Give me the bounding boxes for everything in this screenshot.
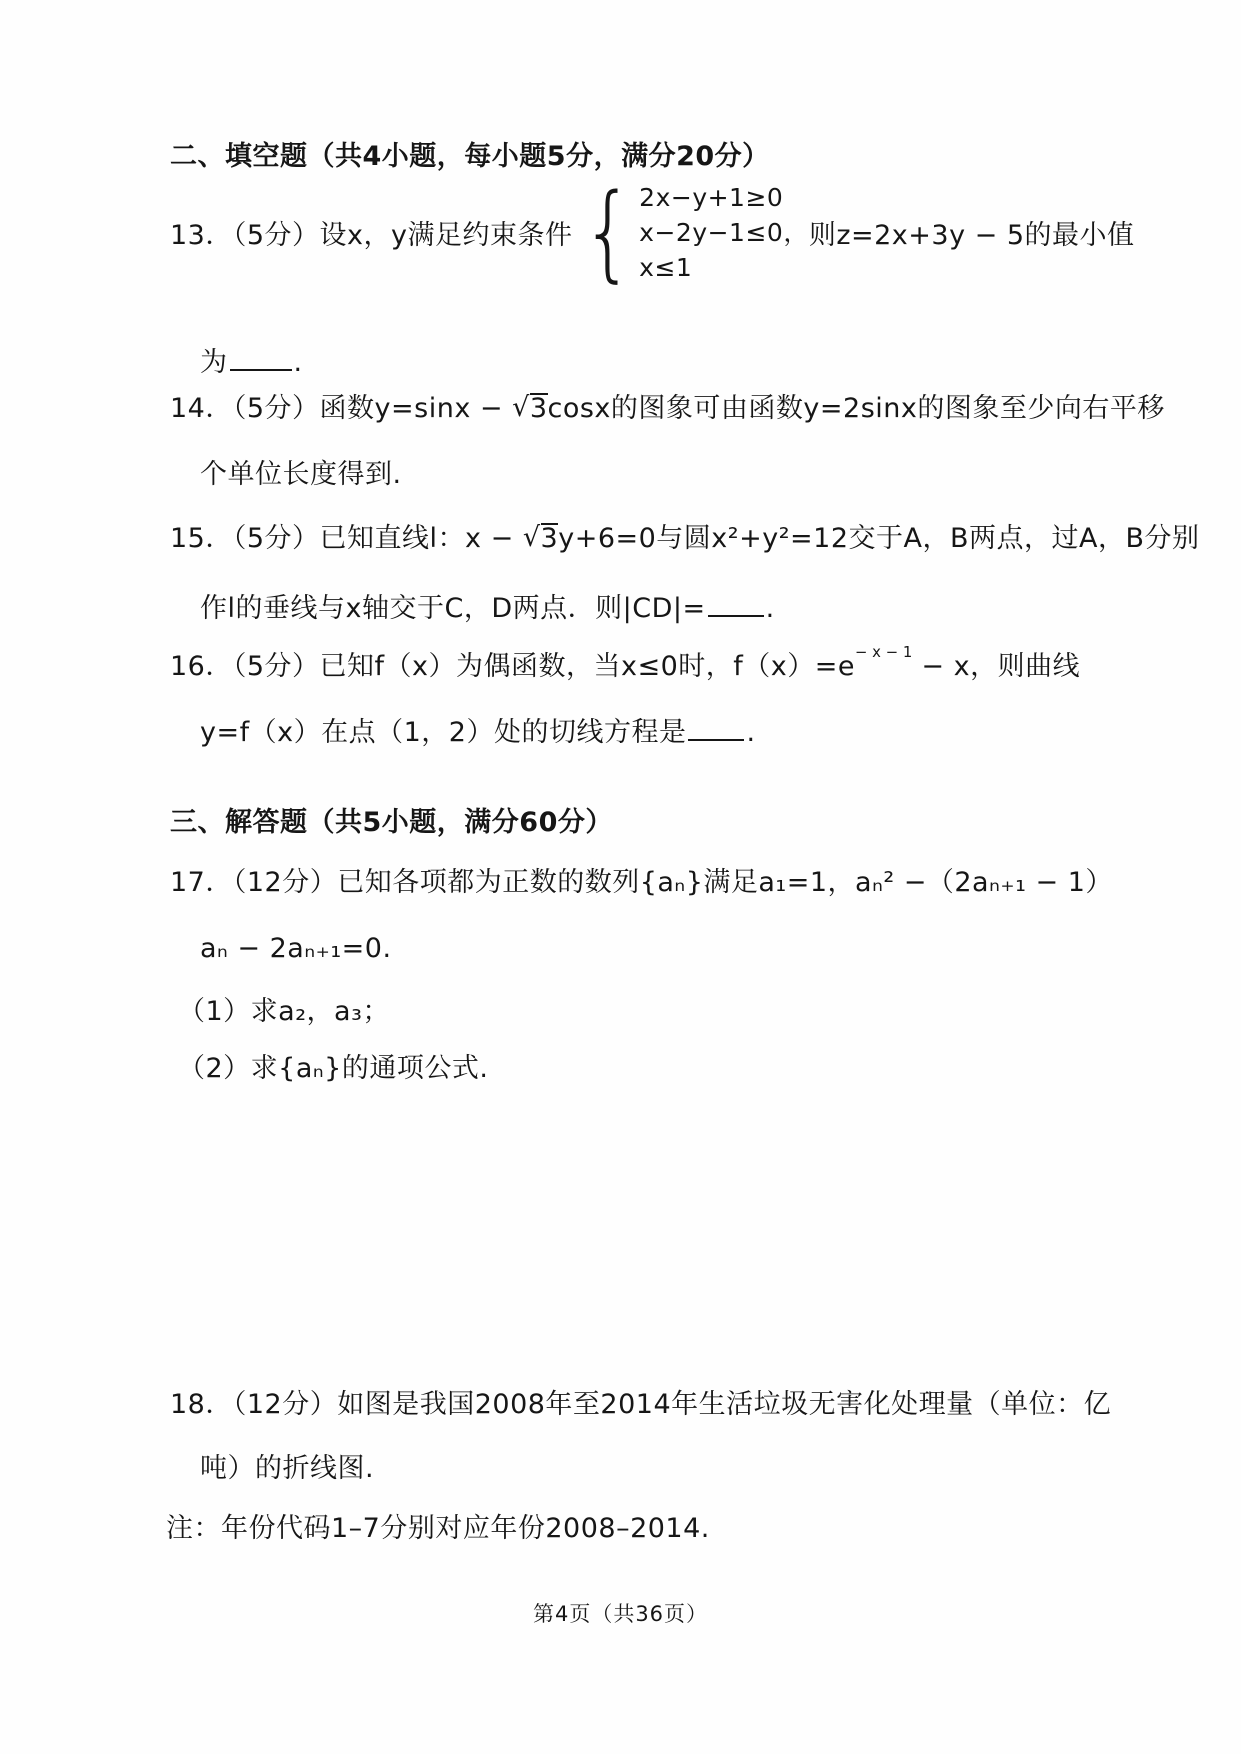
answer-period: . (294, 347, 303, 378)
problem-14-line2: 个单位长度得到. (200, 458, 402, 492)
answer-blank (708, 588, 764, 617)
constraint-line-3: x≤1 (639, 250, 809, 285)
radicand: 3 (530, 393, 548, 423)
problem-13-lead: 13．（5分）设x，y满足约束条件 (170, 213, 573, 252)
problem-17-part1: （1）求a₂，a₃； (178, 995, 390, 1029)
problem-15-text-pre: 15．（5分）已知直线l：x − (170, 523, 523, 554)
problem-14-line1: 14．（5分）函数y=sinx − √3cosx的图象可由函数y=2sinx的图… (170, 392, 1165, 426)
radical-sign-icon: √ (523, 521, 541, 555)
problem-17-line2: aₙ − 2aₙ₊₁=0. (200, 932, 392, 966)
footer-page-number: 第4页（共36页） (0, 1598, 1241, 1628)
answer-blank (688, 712, 744, 741)
section-three-header: 三、解答题（共5小题，满分60分） (170, 806, 613, 840)
problem-17-part2: （2）求{aₙ}的通项公式. (178, 1052, 488, 1086)
problem-18-line2: 吨）的折线图. (200, 1452, 374, 1486)
sqrt-radical: √3 (512, 393, 547, 424)
problem-16-text-pre: 16．（5分）已知f（x）为偶函数，当x≤0时，f（x）=e (170, 651, 855, 682)
exam-page: 二、填空题（共4小题，每小题5分，满分20分） 13．（5分）设x，y满足约束条… (0, 0, 1241, 1754)
problem-15-line2-text: 作l的垂线与x轴交于C，D两点．则|CD|= (200, 593, 706, 624)
problem-14-text-pre: 14．（5分）函数y=sinx − (170, 393, 512, 424)
exponent: − x − 1 (855, 643, 912, 661)
radical-sign-icon: √ (512, 391, 530, 425)
section-two-header: 二、填空题（共4小题，每小题5分，满分20分） (170, 140, 770, 174)
problem-17-line1: 17．（12分）已知各项都为正数的数列{aₙ}满足a₁=1，aₙ² −（2aₙ₊… (170, 866, 1113, 900)
problem-13-answer-line: 为. (200, 342, 303, 380)
problem-13: 13．（5分）设x，y满足约束条件 { 2x−y+1≥0 x−2y−1≤0， x… (170, 180, 1135, 285)
problem-15-text-post: y+6=0与圆x²+y²=12交于A，B两点，过A，B分别 (558, 523, 1199, 554)
system-brace: { (581, 183, 634, 282)
problem-15-line2: 作l的垂线与x轴交于C，D两点．则|CD|=. (200, 588, 775, 626)
problem-18-line1: 18．（12分）如图是我国2008年至2014年生活垃圾无害化处理量（单位：亿 (170, 1388, 1111, 1422)
problem-16-text-post: − x，则曲线 (912, 651, 1080, 682)
constraint-line-2: x−2y−1≤0， (639, 215, 809, 250)
problem-15-line1: 15．（5分）已知直线l：x − √3y+6=0与圆x²+y²=12交于A，B两… (170, 522, 1200, 556)
constraint-system: 2x−y+1≥0 x−2y−1≤0， x≤1 (639, 180, 809, 285)
problem-16-line2-text: y=f（x）在点（1，2）处的切线方程是 (200, 717, 686, 748)
problem-18-note: 注：年份代码1–7分别对应年份2008–2014. (166, 1512, 710, 1546)
problem-14-text-post: cosx的图象可由函数y=2sinx的图象至少向右平移 (548, 393, 1165, 424)
answer-prefix: 为 (200, 347, 228, 378)
problem-16-line1: 16．（5分）已知f（x）为偶函数，当x≤0时，f（x）=e− x − 1 − … (170, 650, 1080, 684)
answer-blank (230, 342, 292, 371)
answer-period: . (766, 593, 775, 624)
problem-13-tail: 则z=2x+3y − 5的最小值 (809, 213, 1135, 252)
constraint-line-1: 2x−y+1≥0 (639, 180, 809, 215)
answer-period: . (746, 717, 755, 748)
problem-16-line2: y=f（x）在点（1，2）处的切线方程是. (200, 712, 756, 750)
sqrt-radical: √3 (523, 523, 558, 554)
radicand: 3 (541, 523, 559, 553)
